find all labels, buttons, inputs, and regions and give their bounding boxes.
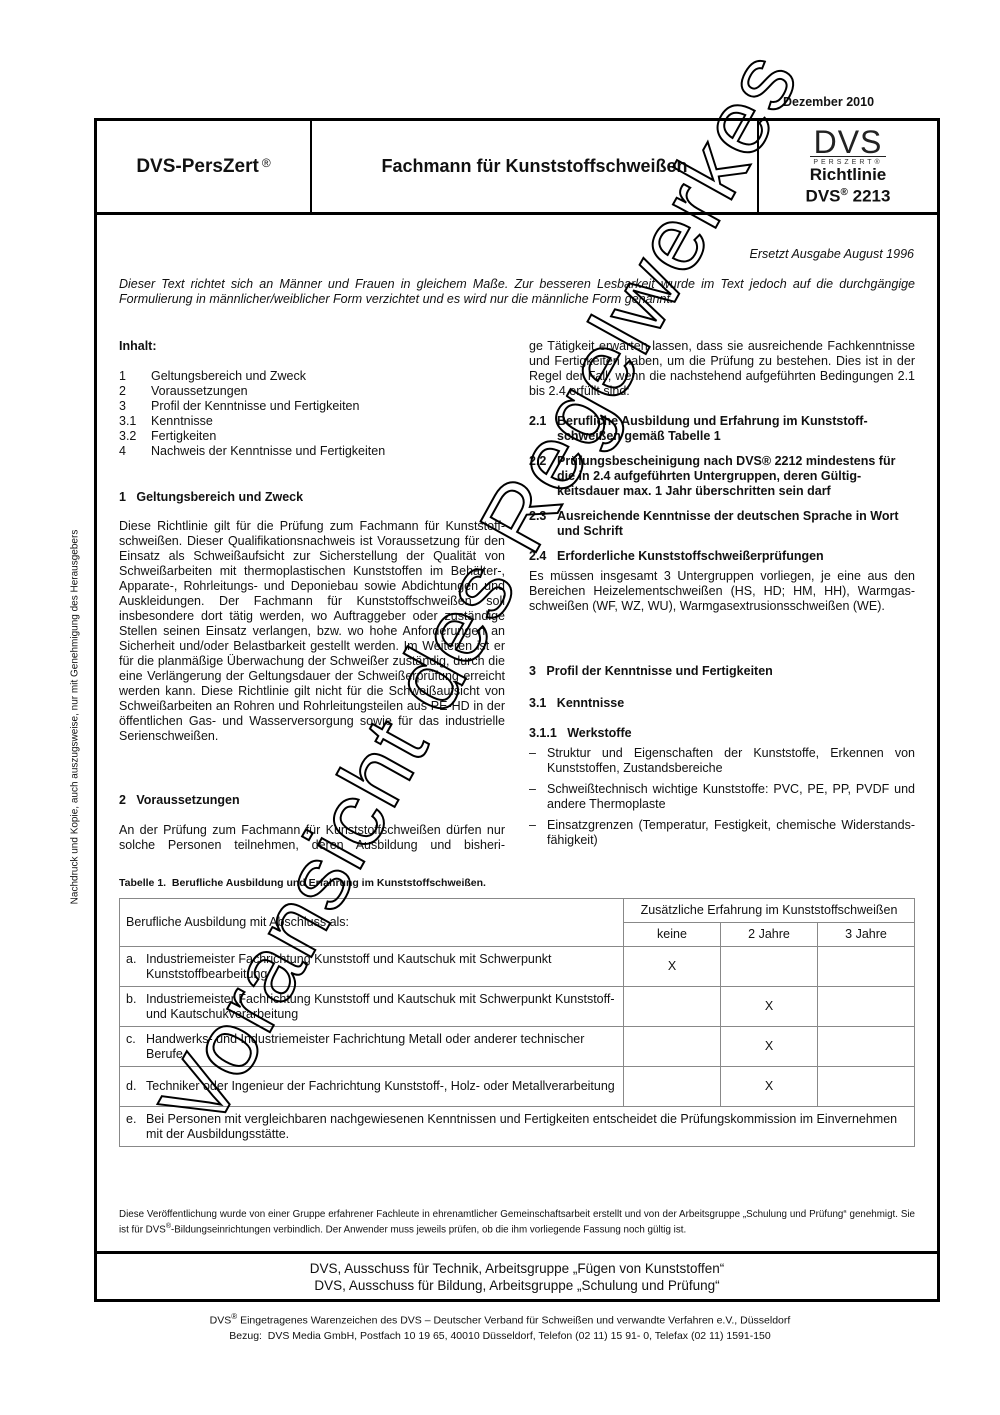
table-row: a.Industriemeister Fachrichtung Kunststo… <box>120 947 915 987</box>
table-cell-label: c.Handwerks- und Industriemeister Fachri… <box>120 1027 624 1067</box>
toc-label: Geltungsbereich und Zweck <box>151 369 306 384</box>
werkstoffe-list: –Struktur und Eigenschaften der Kunststo… <box>529 746 915 854</box>
toc-number: 3.1 <box>119 414 151 429</box>
row-key: b. <box>126 992 146 1022</box>
toc-label: Fertigkeiten <box>151 429 216 444</box>
brand-name: DVS-PersZert <box>136 156 259 178</box>
document-title: Fachmann für Kunststoffschweißen <box>312 121 759 212</box>
issue-date: Dezember 2010 <box>783 95 874 109</box>
table-cell-mark <box>624 987 721 1027</box>
requirement-label: Berufliche Ausbildung und Erfahrung im K… <box>557 414 915 444</box>
requirement-item: 2.4Erforderliche Kunststoffschweißerprüf… <box>529 549 915 564</box>
requirement-item: 2.3Ausreichende Kenntnisse der deutschen… <box>529 509 915 539</box>
toc-number: 1 <box>119 369 151 384</box>
table-header-left: Berufliche Ausbildung mit Abschluss als: <box>120 899 624 947</box>
toc-label: Nachweis der Kenntnisse und Fertigkeiten <box>151 444 385 459</box>
toc-item[interactable]: 1Geltungsbereich und Zweck <box>119 369 505 384</box>
section-3-heading: 3 Profil der Kenntnisse und Fertigkeiten <box>529 664 915 679</box>
toc-number: 3 <box>119 399 151 414</box>
list-item-text: Einsatzgrenzen (Temperatur, Festigkeit, … <box>547 818 915 848</box>
toc-number: 2 <box>119 384 151 399</box>
table-cell-label: e.Bei Personen mit vergleichbaren nachge… <box>120 1107 915 1147</box>
list-item-text: Schweißtechnisch wichtige Kunststoffe: P… <box>547 782 915 812</box>
table-header-col: 2 Jahre <box>721 923 818 947</box>
table-of-contents: 1Geltungsbereich und Zweck 2Voraussetzun… <box>119 369 505 459</box>
requirement-number: 2.2 <box>529 454 557 499</box>
requirement-item: 2.2Prüfungsbescheinigung nach DVS® 2212 … <box>529 454 915 499</box>
copyright-side-note: Nachdruck und Kopie, auch auszugsweise, … <box>70 530 81 905</box>
table-footer-row: e.Bei Personen mit vergleichbaren nachge… <box>120 1107 915 1147</box>
section-1-heading: 1 Geltungsbereich und Zweck <box>119 490 505 505</box>
table-cell-mark: X <box>721 987 818 1027</box>
requirement-label: Ausreichende Kenntnisse der deutschen Sp… <box>557 509 915 539</box>
table-header-col: keine <box>624 923 721 947</box>
row-label: Techniker oder Ingenieur der Fachrichtun… <box>146 1079 615 1094</box>
requirement-item: 2.1Berufliche Ausbildung und Erfahrung i… <box>529 414 915 444</box>
table-row: d.Techniker oder Ingenieur der Fachricht… <box>120 1067 915 1107</box>
list-item-text: Struktur und Eigenschaften der Kunststof… <box>547 746 915 776</box>
guideline-number: DVS® 2213 <box>806 183 891 206</box>
qualification-table: Berufliche Ausbildung mit Abschluss als:… <box>119 898 915 1147</box>
list-item: –Einsatzgrenzen (Temperatur, Festigkeit,… <box>529 818 915 848</box>
table-cell-mark <box>624 1027 721 1067</box>
document-header: DVS-PersZert® Fachmann für Kunststoffsch… <box>94 118 940 215</box>
table-cell-mark: X <box>721 1067 818 1107</box>
guideline-number-value: 2213 <box>853 186 891 205</box>
row-label: Bei Personen mit vergleichbaren nachgewi… <box>146 1112 908 1142</box>
toc-label: Profil der Kenntnisse und Fertigkeiten <box>151 399 359 414</box>
guideline-prefix: DVS <box>806 186 841 205</box>
table-cell-mark <box>818 987 915 1027</box>
requirement-label: Erforderliche Kunststoffschweißerprüfung… <box>557 549 824 564</box>
requirement-2-4-body: Es müssen insgesamt 3 Untergruppen vorli… <box>529 569 915 614</box>
table-cell-mark <box>721 947 818 987</box>
supply-address: Bezug: DVS Media GmbH, Postfach 10 19 65… <box>0 1330 1000 1342</box>
dash-bullet-icon: – <box>529 746 547 776</box>
list-item: –Struktur und Eigenschaften der Kunststo… <box>529 746 915 776</box>
row-key: c. <box>126 1032 146 1062</box>
row-key: a. <box>126 952 146 982</box>
guideline-label: Richtlinie <box>810 166 887 183</box>
table-header-col: 3 Jahre <box>818 923 915 947</box>
table-cell-mark <box>818 947 915 987</box>
table-caption: Tabelle 1. Berufliche Ausbildung und Erf… <box>119 877 486 889</box>
requirement-number: 2.4 <box>529 549 557 564</box>
toc-number: 4 <box>119 444 151 459</box>
table-row: b.Industriemeister Fachrichtung Kunststo… <box>120 987 915 1027</box>
section-1-body: Diese Richtlinie gilt für die Prüfung zu… <box>119 519 505 744</box>
row-key: e. <box>126 1112 146 1142</box>
toc-item[interactable]: 4Nachweis der Kenntnisse und Fertigkeite… <box>119 444 505 459</box>
committee-line: DVS, Ausschuss für Technik, Arbeitsgrupp… <box>94 1260 940 1277</box>
section-2-body-part2: ge Tätigkeit erwarten lassen, dass sie a… <box>529 339 915 399</box>
replaces-edition: Ersetzt Ausgabe August 1996 <box>750 247 914 261</box>
table-header-group: Zusätzliche Erfahrung im Kunststoffschwe… <box>624 899 915 923</box>
section-2-body-part1: An der Prüfung zum Fachmann für Kunststo… <box>119 823 505 853</box>
publication-disclaimer: Diese Veröffentlichung wurde von einer G… <box>119 1209 915 1236</box>
row-label: Industriemeister Fachrichtung Kunststoff… <box>146 992 617 1022</box>
table-cell-label: d.Techniker oder Ingenieur der Fachricht… <box>120 1067 624 1107</box>
row-key: d. <box>126 1079 146 1094</box>
trademark-text: Eingetragenes Warenzeichen des DVS – Deu… <box>237 1315 790 1327</box>
toc-item[interactable]: 3.1Kenntnisse <box>119 414 505 429</box>
guideline-cell: DVS PERSZERT® Richtlinie DVS® 2213 <box>759 121 937 212</box>
row-label: Industriemeister Fachrichtung Kunststoff… <box>146 952 617 982</box>
dash-bullet-icon: – <box>529 818 547 848</box>
requirement-number: 2.1 <box>529 414 557 444</box>
section-2-heading: 2 Voraussetzungen <box>119 793 505 808</box>
table-cell-mark <box>818 1067 915 1107</box>
gender-note: Dieser Text richtet sich an Männer und F… <box>119 277 915 307</box>
table-cell-mark <box>818 1027 915 1067</box>
brand-registered-mark: ® <box>262 156 271 170</box>
toc-item[interactable]: 3Profil der Kenntnisse und Fertigkeiten <box>119 399 505 414</box>
dash-bullet-icon: – <box>529 782 547 812</box>
disclaimer-text: -Bildungseinrichtungen verbindlich. Der … <box>171 1224 686 1235</box>
section-3-1-1-heading: 3.1.1 Werkstoffe <box>529 726 915 741</box>
table-cell-mark <box>624 1067 721 1107</box>
trademark-prefix: DVS <box>210 1315 232 1327</box>
table-cell-label: b.Industriemeister Fachrichtung Kunststo… <box>120 987 624 1027</box>
committees-box: DVS, Ausschuss für Technik, Arbeitsgrupp… <box>94 1251 940 1302</box>
toc-label: Kenntnisse <box>151 414 213 429</box>
toc-item[interactable]: 3.2Fertigkeiten <box>119 429 505 444</box>
section-3-1-heading: 3.1 Kenntnisse <box>529 696 915 711</box>
toc-item[interactable]: 2Voraussetzungen <box>119 384 505 399</box>
table-cell-label: a.Industriemeister Fachrichtung Kunststo… <box>120 947 624 987</box>
brand-cell: DVS-PersZert® <box>97 121 312 212</box>
row-label: Handwerks- und Industriemeister Fachrich… <box>146 1032 617 1062</box>
requirement-number: 2.3 <box>529 509 557 539</box>
requirement-label: Prüfungsbescheinigung nach DVS® 2212 min… <box>557 454 915 499</box>
committee-line: DVS, Ausschuss für Bildung, Arbeitsgrupp… <box>94 1277 940 1294</box>
trademark-note: DVS® Eingetragenes Warenzeichen des DVS … <box>0 1312 1000 1327</box>
table-cell-mark: X <box>624 947 721 987</box>
requirements-list: 2.1Berufliche Ausbildung und Erfahrung i… <box>529 414 915 614</box>
table-row: c.Handwerks- und Industriemeister Fachri… <box>120 1027 915 1067</box>
table-cell-mark: X <box>721 1027 818 1067</box>
dvs-logo-icon: DVS <box>810 128 887 157</box>
toc-number: 3.2 <box>119 429 151 444</box>
list-item: –Schweißtechnisch wichtige Kunststoffe: … <box>529 782 915 812</box>
toc-title: Inhalt: <box>119 339 505 354</box>
toc-label: Voraussetzungen <box>151 384 248 399</box>
guideline-registered-mark: ® <box>841 187 848 198</box>
